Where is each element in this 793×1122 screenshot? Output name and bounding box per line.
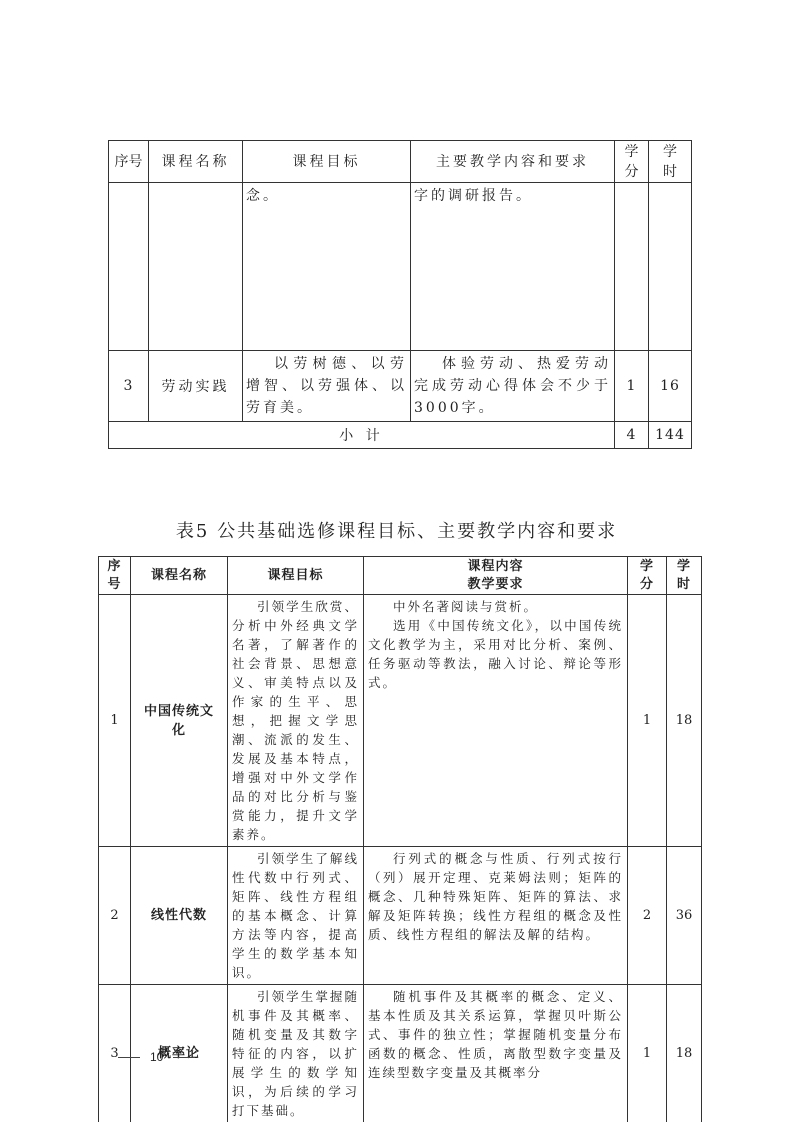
cell-credit: 1 (628, 595, 667, 847)
cell-hours: 18 (667, 985, 702, 1122)
content-paragraph: 选用《中国传统文化》，以中国传统文化教学为主，采用对比分析、案例、任务驱动等教法… (368, 616, 623, 692)
cell-no (109, 183, 149, 351)
header-credit: 学分 (615, 141, 649, 183)
cell-goal: 以劳树德、以劳增智、以劳强体、以劳育美。 (243, 351, 411, 422)
cell-credit: 1 (615, 351, 649, 422)
subtotal-credit: 4 (615, 422, 649, 449)
cell-name: 劳动实践 (149, 351, 243, 422)
header-course-goal: 课程目标 (228, 557, 364, 595)
table-header-row: 序号 课程名称 课程目标 主要教学内容和要求 学分 学时 (109, 141, 692, 183)
content-paragraph: 随机事件及其概率的概念、定义、基本性质及其关系运算，掌握贝叶斯公式、事件的独立性… (368, 987, 623, 1082)
cell-no: 3 (109, 351, 149, 422)
elective-courses-table: 序号 课程名称 课程目标 课程内容 教学要求 学分 学时 1 中国传统文化 引领… (98, 556, 702, 1122)
table-row: 2 线性代数 引领学生了解线性代数中行列式、矩阵、线性方程组的基本概念、计算方法… (99, 847, 702, 985)
cell-goal: 引领学生欣赏、分析中外经典文学名著，了解著作的社会背景、思想意义、审美特点以及作… (228, 595, 364, 847)
header-course-name: 课程名称 (131, 557, 228, 595)
page-footer: 10 (118, 1050, 195, 1064)
cell-credit: 1 (628, 985, 667, 1122)
cell-name: 线性代数 (131, 847, 228, 985)
content-paragraph: 中外名著阅读与赏析。 (368, 597, 623, 616)
cell-credit (615, 183, 649, 351)
table-row-continued: 念。 字的调研报告。 (109, 183, 692, 351)
cell-content: 字的调研报告。 (411, 183, 615, 351)
cell-name: 中国传统文化 (131, 595, 228, 847)
cell-goal: 念。 (243, 183, 411, 351)
header-content: 课程内容 教学要求 (364, 557, 628, 595)
header-hours-label: 学时 (663, 144, 677, 180)
table-row: 3 劳动实践 以劳树德、以劳增智、以劳强体、以劳育美。 体验劳动、热爱劳动完成劳… (109, 351, 692, 422)
required-courses-table-continued: 序号 课程名称 课程目标 主要教学内容和要求 学分 学时 念。 字的调研报告。 … (108, 140, 692, 449)
header-course-goal: 课程目标 (243, 141, 411, 183)
header-no: 序号 (109, 141, 149, 183)
subtotal-row: 小 计 4 144 (109, 422, 692, 449)
cell-content: 行列式的概念与性质、行列式按行（列）展开定理、克莱姆法则；矩阵的概念、几种特殊矩… (364, 847, 628, 985)
cell-content: 中外名著阅读与赏析。 选用《中国传统文化》，以中国传统文化教学为主，采用对比分析… (364, 595, 628, 847)
cell-content: 体验劳动、热爱劳动完成劳动心得体会不少于3000字。 (411, 351, 615, 422)
cell-name (149, 183, 243, 351)
cell-goal: 引领学生了解线性代数中行列式、矩阵、线性方程组的基本概念、计算方法等内容，提高学… (228, 847, 364, 985)
header-hours: 学时 (649, 141, 692, 183)
header-hours: 学时 (667, 557, 702, 595)
subtotal-hours: 144 (649, 422, 692, 449)
cell-no: 2 (99, 847, 131, 985)
cell-hours (649, 183, 692, 351)
header-credit: 学分 (628, 557, 667, 595)
header-content: 主要教学内容和要求 (411, 141, 615, 183)
footer-dash-left (118, 1057, 140, 1058)
cell-goal: 引领学生掌握随机事件及其概率、随机变量及其数字特征的内容，以扩展学生的数学知识，… (228, 985, 364, 1122)
cell-no: 1 (99, 595, 131, 847)
cell-content: 随机事件及其概率的概念、定义、基本性质及其关系运算，掌握贝叶斯公式、事件的独立性… (364, 985, 628, 1122)
footer-dash-right (173, 1057, 195, 1058)
content-paragraph: 行列式的概念与性质、行列式按行（列）展开定理、克莱姆法则；矩阵的概念、几种特殊矩… (368, 849, 623, 944)
header-content-line1: 课程内容 (364, 558, 627, 576)
header-content-line2: 教学要求 (364, 576, 627, 594)
cell-hours: 18 (667, 595, 702, 847)
header-no: 序号 (99, 557, 131, 595)
cell-hours: 16 (649, 351, 692, 422)
table-header-row: 序号 课程名称 课程目标 课程内容 教学要求 学分 学时 (99, 557, 702, 595)
header-course-name: 课程名称 (149, 141, 243, 183)
subtotal-label: 小 计 (109, 422, 615, 449)
page-number: 10 (150, 1050, 163, 1064)
table-row: 1 中国传统文化 引领学生欣赏、分析中外经典文学名著，了解著作的社会背景、思想意… (99, 595, 702, 847)
cell-hours: 36 (667, 847, 702, 985)
cell-credit: 2 (628, 847, 667, 985)
table-caption: 表5 公共基础选修课程目标、主要教学内容和要求 (0, 517, 793, 543)
header-credit-label: 学分 (625, 144, 639, 180)
